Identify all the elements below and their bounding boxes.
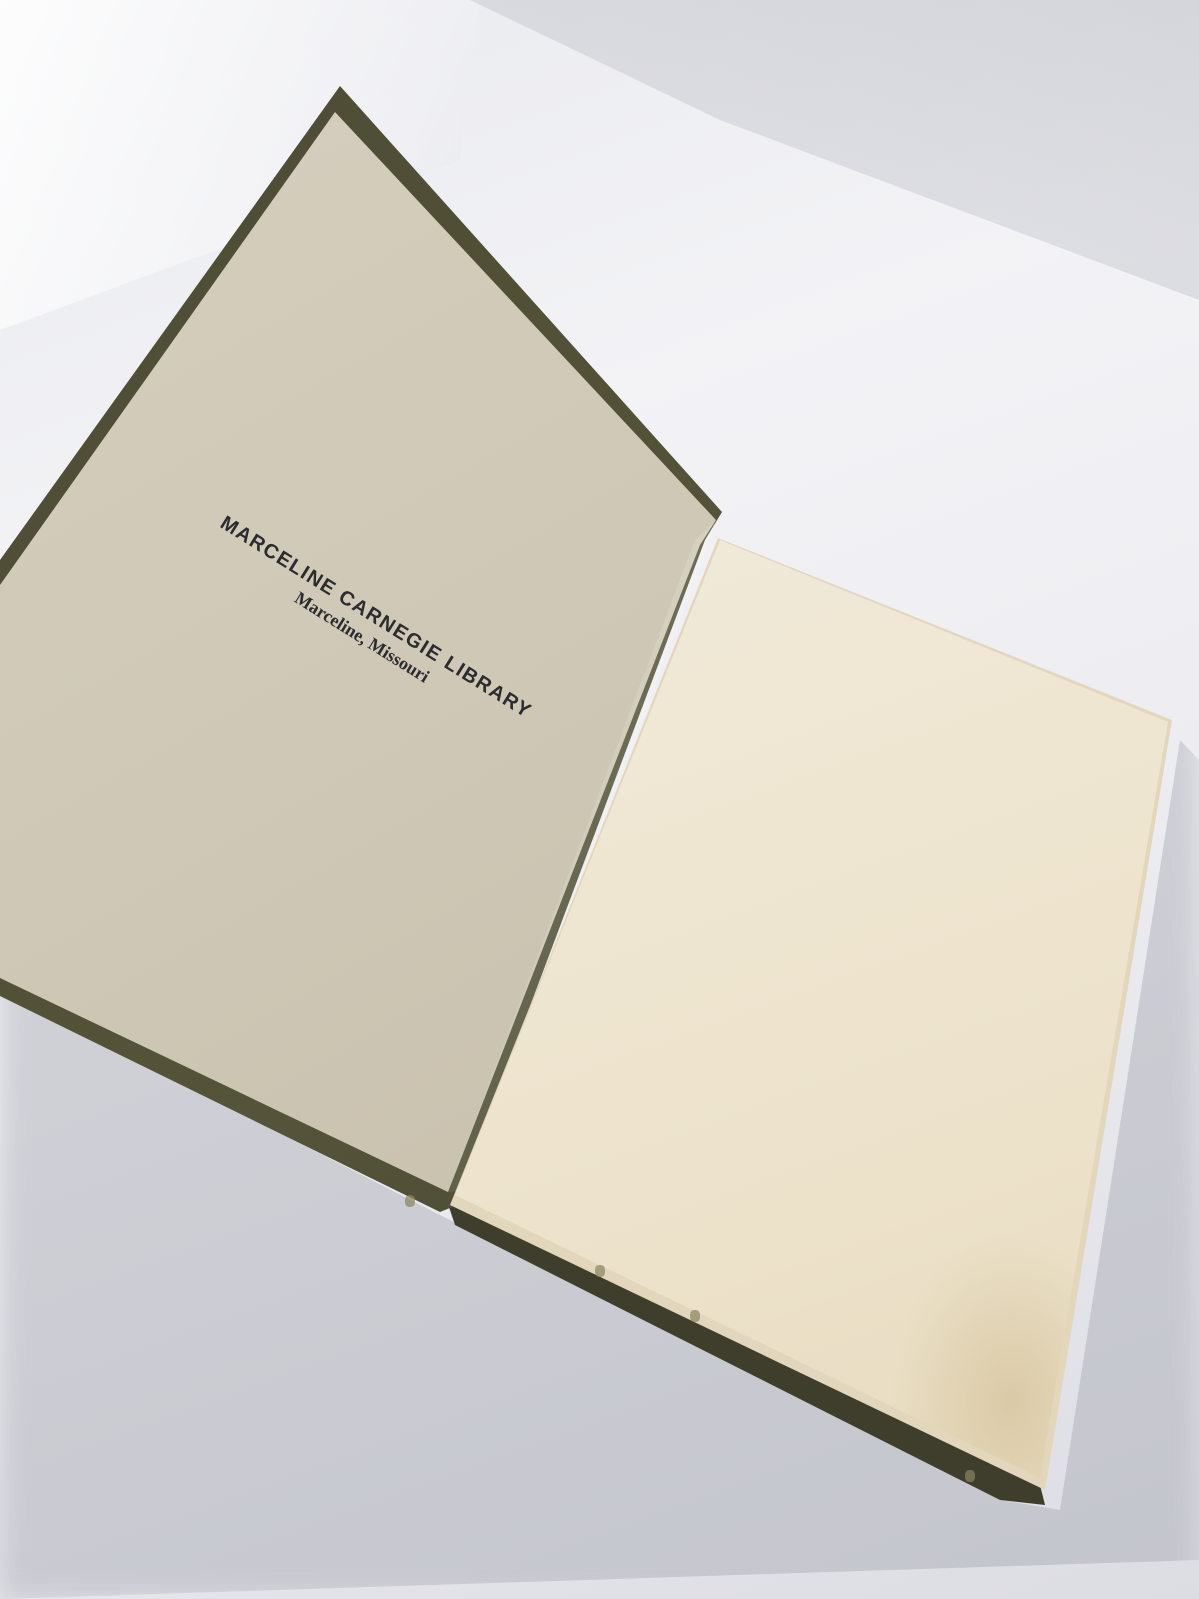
frayed-cloth (595, 1265, 605, 1277)
frayed-cloth (405, 1195, 415, 1207)
frayed-cloth (690, 1310, 700, 1322)
frayed-cloth (965, 1470, 975, 1482)
